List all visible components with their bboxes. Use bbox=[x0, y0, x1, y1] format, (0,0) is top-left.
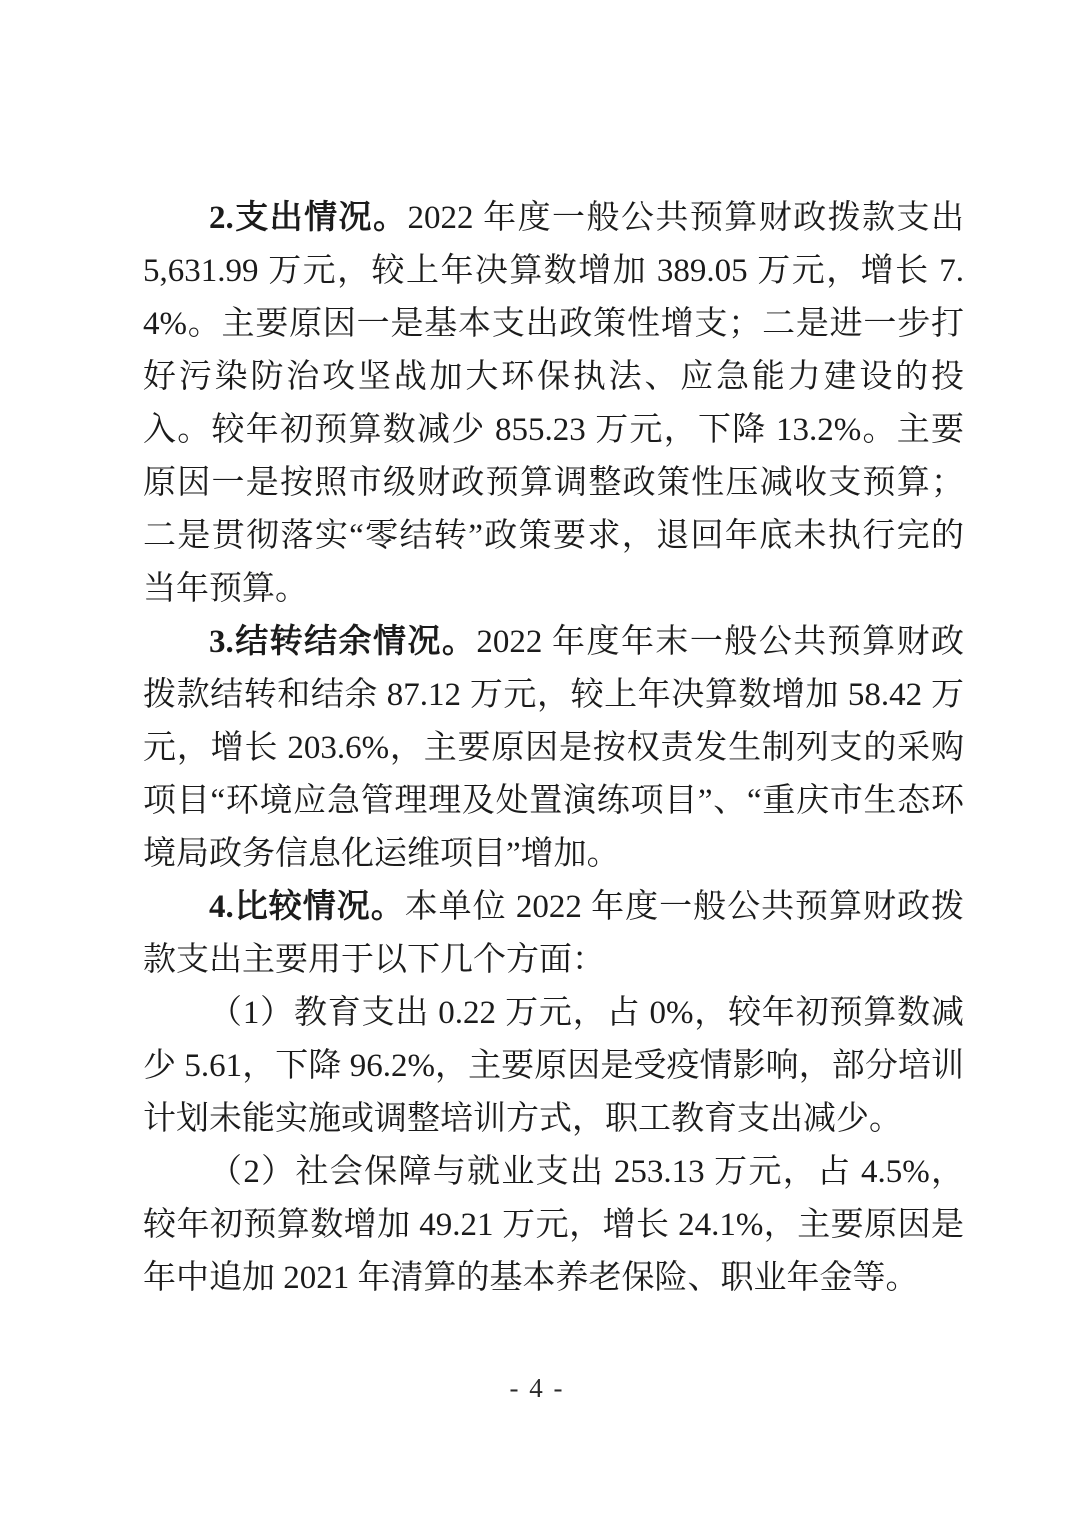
paragraph-item-education: （1）教育支出 0.22 万元，占 0%，较年初预算数减少 5.61，下降 96… bbox=[143, 987, 964, 1146]
page-footer: - 4 - bbox=[0, 1372, 1074, 1404]
paragraph-expenditure-text: 2022 年度一般公共预算财政拨款支出 5,631.99 万元，较上年决算数增加… bbox=[143, 200, 964, 607]
paragraph-expenditure-heading: 2.支出情况。 bbox=[209, 200, 407, 236]
paragraph-carryover: 3.结转结余情况。2022 年度年末一般公共预算财政拨款结转和结余 87.12 … bbox=[143, 616, 964, 881]
document-body: 2.支出情况。2022 年度一般公共预算财政拨款支出 5,631.99 万元，较… bbox=[143, 192, 964, 1305]
paragraph-item-social-security-text: （2）社会保障与就业支出 253.13 万元，占 4.5%，较年初预算数增加 4… bbox=[143, 1154, 964, 1296]
paragraph-carryover-text: 2022 年度年末一般公共预算财政拨款结转和结余 87.12 万元，较上年决算数… bbox=[143, 624, 964, 872]
paragraph-expenditure: 2.支出情况。2022 年度一般公共预算财政拨款支出 5,631.99 万元，较… bbox=[143, 192, 964, 616]
paragraph-item-social-security: （2）社会保障与就业支出 253.13 万元，占 4.5%，较年初预算数增加 4… bbox=[143, 1146, 964, 1305]
paragraph-carryover-heading: 3.结转结余情况。 bbox=[209, 624, 476, 660]
document-page: 2.支出情况。2022 年度一般公共预算财政拨款支出 5,631.99 万元，较… bbox=[0, 0, 1074, 1520]
paragraph-comparison: 4.比较情况。本单位 2022 年度一般公共预算财政拨款支出主要用于以下几个方面… bbox=[143, 881, 964, 987]
page-number: - 4 - bbox=[510, 1373, 565, 1403]
paragraph-comparison-heading: 4.比较情况。 bbox=[209, 889, 405, 925]
paragraph-item-education-text: （1）教育支出 0.22 万元，占 0%，较年初预算数减少 5.61，下降 96… bbox=[143, 995, 964, 1137]
